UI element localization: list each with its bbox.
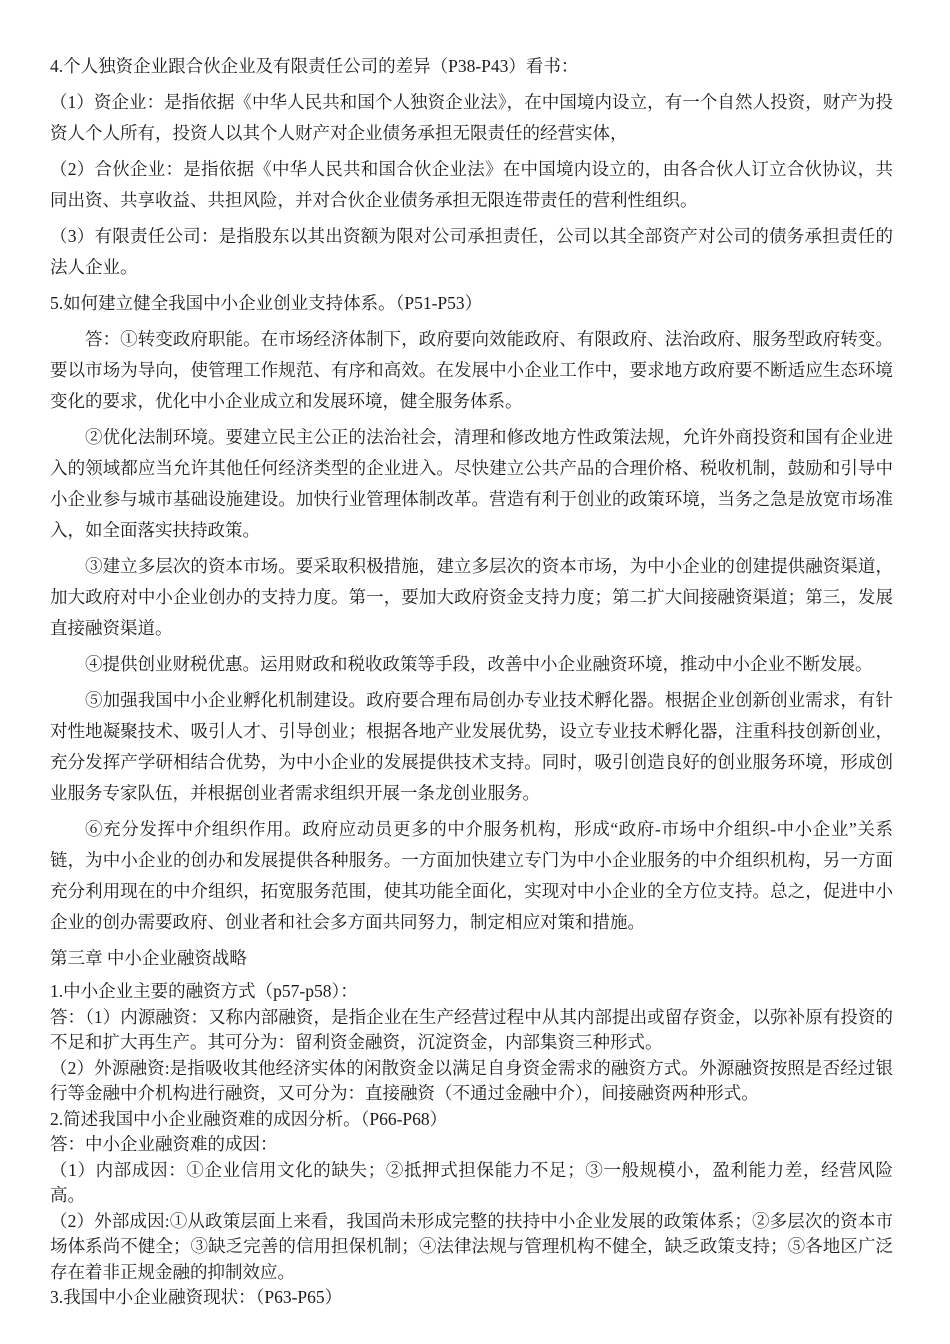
- paragraph: （1）资企业：是指依据《中华人民共和国个人独资企业法》，在中国境内设立，有一个自…: [50, 87, 893, 149]
- paragraph: 答：①转变政府职能。在市场经济体制下，政府要向效能政府、有限政府、法治政府、服务…: [50, 324, 893, 417]
- paragraph: 3.我国中小企业融资现状：（P63-P65）: [50, 1285, 893, 1311]
- paragraph: ③建立多层次的资本市场。要采取积极措施，建立多层次的资本市场，为中小企业的创建提…: [50, 551, 893, 644]
- paragraph: 答：（1）内源融资：又称内部融资，是指企业在生产经营过程中从其内部提出或留存资金…: [50, 1005, 893, 1056]
- paragraph: 5.如何建立健全我国中小企业创业支持体系。（P51-P53）: [50, 288, 893, 319]
- paragraph: ②优化法制环境。要建立民主公正的法治社会，清理和修改地方性政策法规，允许外商投资…: [50, 422, 893, 546]
- section-chapter3-qa: 1.中小企业主要的融资方式（p57-p58）：答：（1）内源融资：又称内部融资，…: [50, 979, 893, 1311]
- paragraph: （3）有限责任公司：是指股东以其出资额为限对公司承担责任，公司以其全部资产对公司…: [50, 221, 893, 283]
- paragraph: ⑥充分发挥中介组织作用。政府应动员更多的中介服务机构，形成“政府-市场中介组织-…: [50, 814, 893, 938]
- paragraph: ⑤加强我国中小企业孵化机制建设。政府要合理布局创办专业技术孵化器。根据企业创新创…: [50, 685, 893, 809]
- paragraph: 第三章 中小企业融资战略: [50, 943, 893, 974]
- paragraph: 1.中小企业主要的融资方式（p57-p58）：: [50, 979, 893, 1005]
- paragraph: （2）合伙企业：是指依据《中华人民共和国合伙企业法》在中国境内设立的，由各合伙人…: [50, 154, 893, 216]
- paragraph: 4.个人独资企业跟合伙企业及有限责任公司的差异（P38-P43）看书：: [50, 51, 893, 82]
- section-chapter2-qa: 4.个人独资企业跟合伙企业及有限责任公司的差异（P38-P43）看书：（1）资企…: [50, 51, 893, 974]
- paragraph: ④提供创业财税优惠。运用财政和税收政策等手段，改善中小企业融资环境，推动中小企业…: [50, 649, 893, 680]
- paragraph: （2）外部成因:①从政策层面上来看，我国尚未形成完整的扶持中小企业发展的政策体系…: [50, 1209, 893, 1286]
- paragraph: 2.简述我国中小企业融资难的成因分析。（P66-P68）: [50, 1107, 893, 1133]
- paragraph: 答：中小企业融资难的成因：: [50, 1132, 893, 1158]
- paragraph: （2）外源融资:是指吸收其他经济实体的闲散资金以满足自身资金需求的融资方式。外源…: [50, 1056, 893, 1107]
- paragraph: （1）内部成因：①企业信用文化的缺失；②抵押式担保能力不足；③一般规模小，盈利能…: [50, 1158, 893, 1209]
- document-page: 4.个人独资企业跟合伙企业及有限责任公司的差异（P38-P43）看书：（1）资企…: [0, 0, 950, 1344]
